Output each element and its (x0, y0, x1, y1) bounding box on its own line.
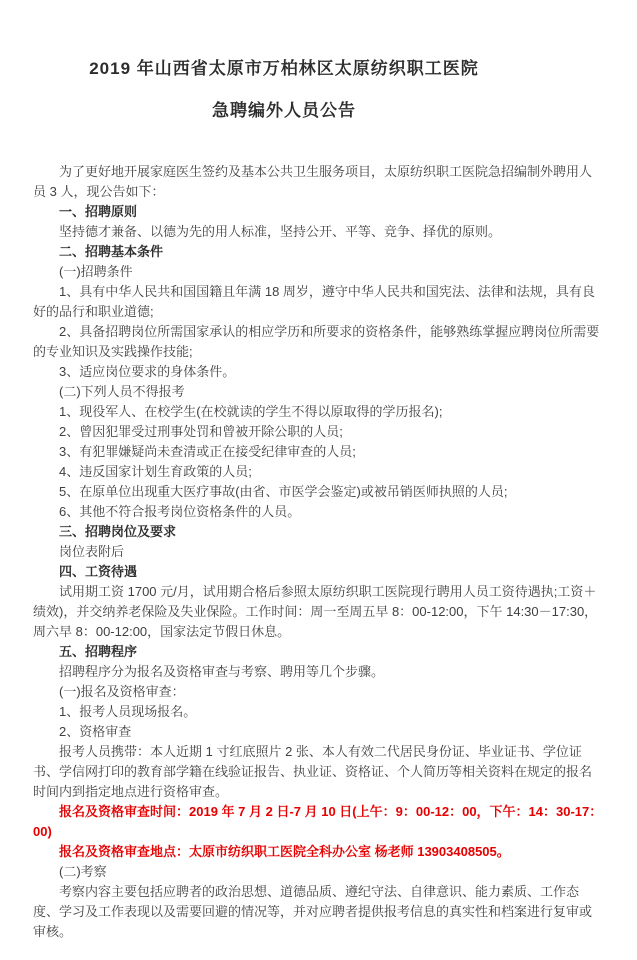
paragraph: 1、具有中华人民共和国国籍且年满 18 周岁，遵守中华人民共和国宪法、法律和法规… (33, 282, 604, 322)
document-title: 2019 年山西省太原市万柏林区太原纺织职工医院 急聘编外人员公告 (0, 48, 568, 132)
paragraph: 考察内容主要包括应聘者的政治思想、道德品质、遵纪守法、自律意识、能力素质、工作态… (33, 882, 604, 942)
paragraph: (二)下列人员不得报考 (33, 382, 604, 402)
paragraph: (二)考察 (33, 862, 604, 882)
paragraph: (一)报名及资格审查： (33, 682, 604, 702)
paragraph: 6、其他不符合报考岗位资格条件的人员。 (33, 502, 604, 522)
announcement-page: 2019 年山西省太原市万柏林区太原纺织职工医院 急聘编外人员公告 为了更好地开… (0, 0, 637, 960)
paragraph: 5、在原单位出现重大医疗事故(由省、市医学会鉴定)或被吊销医师执照的人员; (33, 482, 604, 502)
paragraph: (一)招聘条件 (33, 262, 604, 282)
paragraph: 为了更好地开展家庭医生签约及基本公共卫生服务项目，太原纺织职工医院急招编制外聘用… (33, 162, 604, 202)
paragraph: 3、有犯罪嫌疑尚未查清或正在接受纪律审查的人员; (33, 442, 604, 462)
title-line-2: 急聘编外人员公告 (0, 90, 568, 132)
paragraph: 招聘程序分为报名及资格审查与考察、聘用等几个步骤。 (33, 662, 604, 682)
highlighted-paragraph: 报名及资格审查时间：2019 年 7 月 2 日-7 月 10 日(上午：9：0… (33, 802, 604, 842)
paragraph: 试用期工资 1700 元/月，试用期合格后参照太原纺织职工医院现行聘用人员工资待… (33, 582, 604, 642)
title-line-1: 2019 年山西省太原市万柏林区太原纺织职工医院 (0, 48, 568, 90)
paragraph: 1、现役军人、在校学生(在校就读的学生不得以原取得的学历报名); (33, 402, 604, 422)
section-heading: 二、招聘基本条件 (33, 242, 604, 262)
paragraph: 岗位表附后 (33, 542, 604, 562)
section-heading: 三、招聘岗位及要求 (33, 522, 604, 542)
paragraph: 3、适应岗位要求的身体条件。 (33, 362, 604, 382)
section-heading: 四、工资待遇 (33, 562, 604, 582)
document-body: 为了更好地开展家庭医生签约及基本公共卫生服务项目，太原纺织职工医院急招编制外聘用… (33, 162, 604, 942)
paragraph: 2、曾因犯罪受过刑事处罚和曾被开除公职的人员; (33, 422, 604, 442)
paragraph: 坚持德才兼备、以德为先的用人标准，坚持公开、平等、竞争、择优的原则。 (33, 222, 604, 242)
paragraph: 2、资格审查 (33, 722, 604, 742)
paragraph: 2、具备招聘岗位所需国家承认的相应学历和所要求的资格条件，能够熟练掌握应聘岗位所… (33, 322, 604, 362)
paragraph: 4、违反国家计划生育政策的人员; (33, 462, 604, 482)
section-heading: 五、招聘程序 (33, 642, 604, 662)
paragraph: 报考人员携带：本人近期 1 寸红底照片 2 张、本人有效二代居民身份证、毕业证书… (33, 742, 604, 802)
paragraph: 1、报考人员现场报名。 (33, 702, 604, 722)
section-heading: 一、招聘原则 (33, 202, 604, 222)
highlighted-paragraph: 报名及资格审查地点：太原市纺织职工医院全科办公室 杨老师 13903408505… (33, 842, 604, 862)
